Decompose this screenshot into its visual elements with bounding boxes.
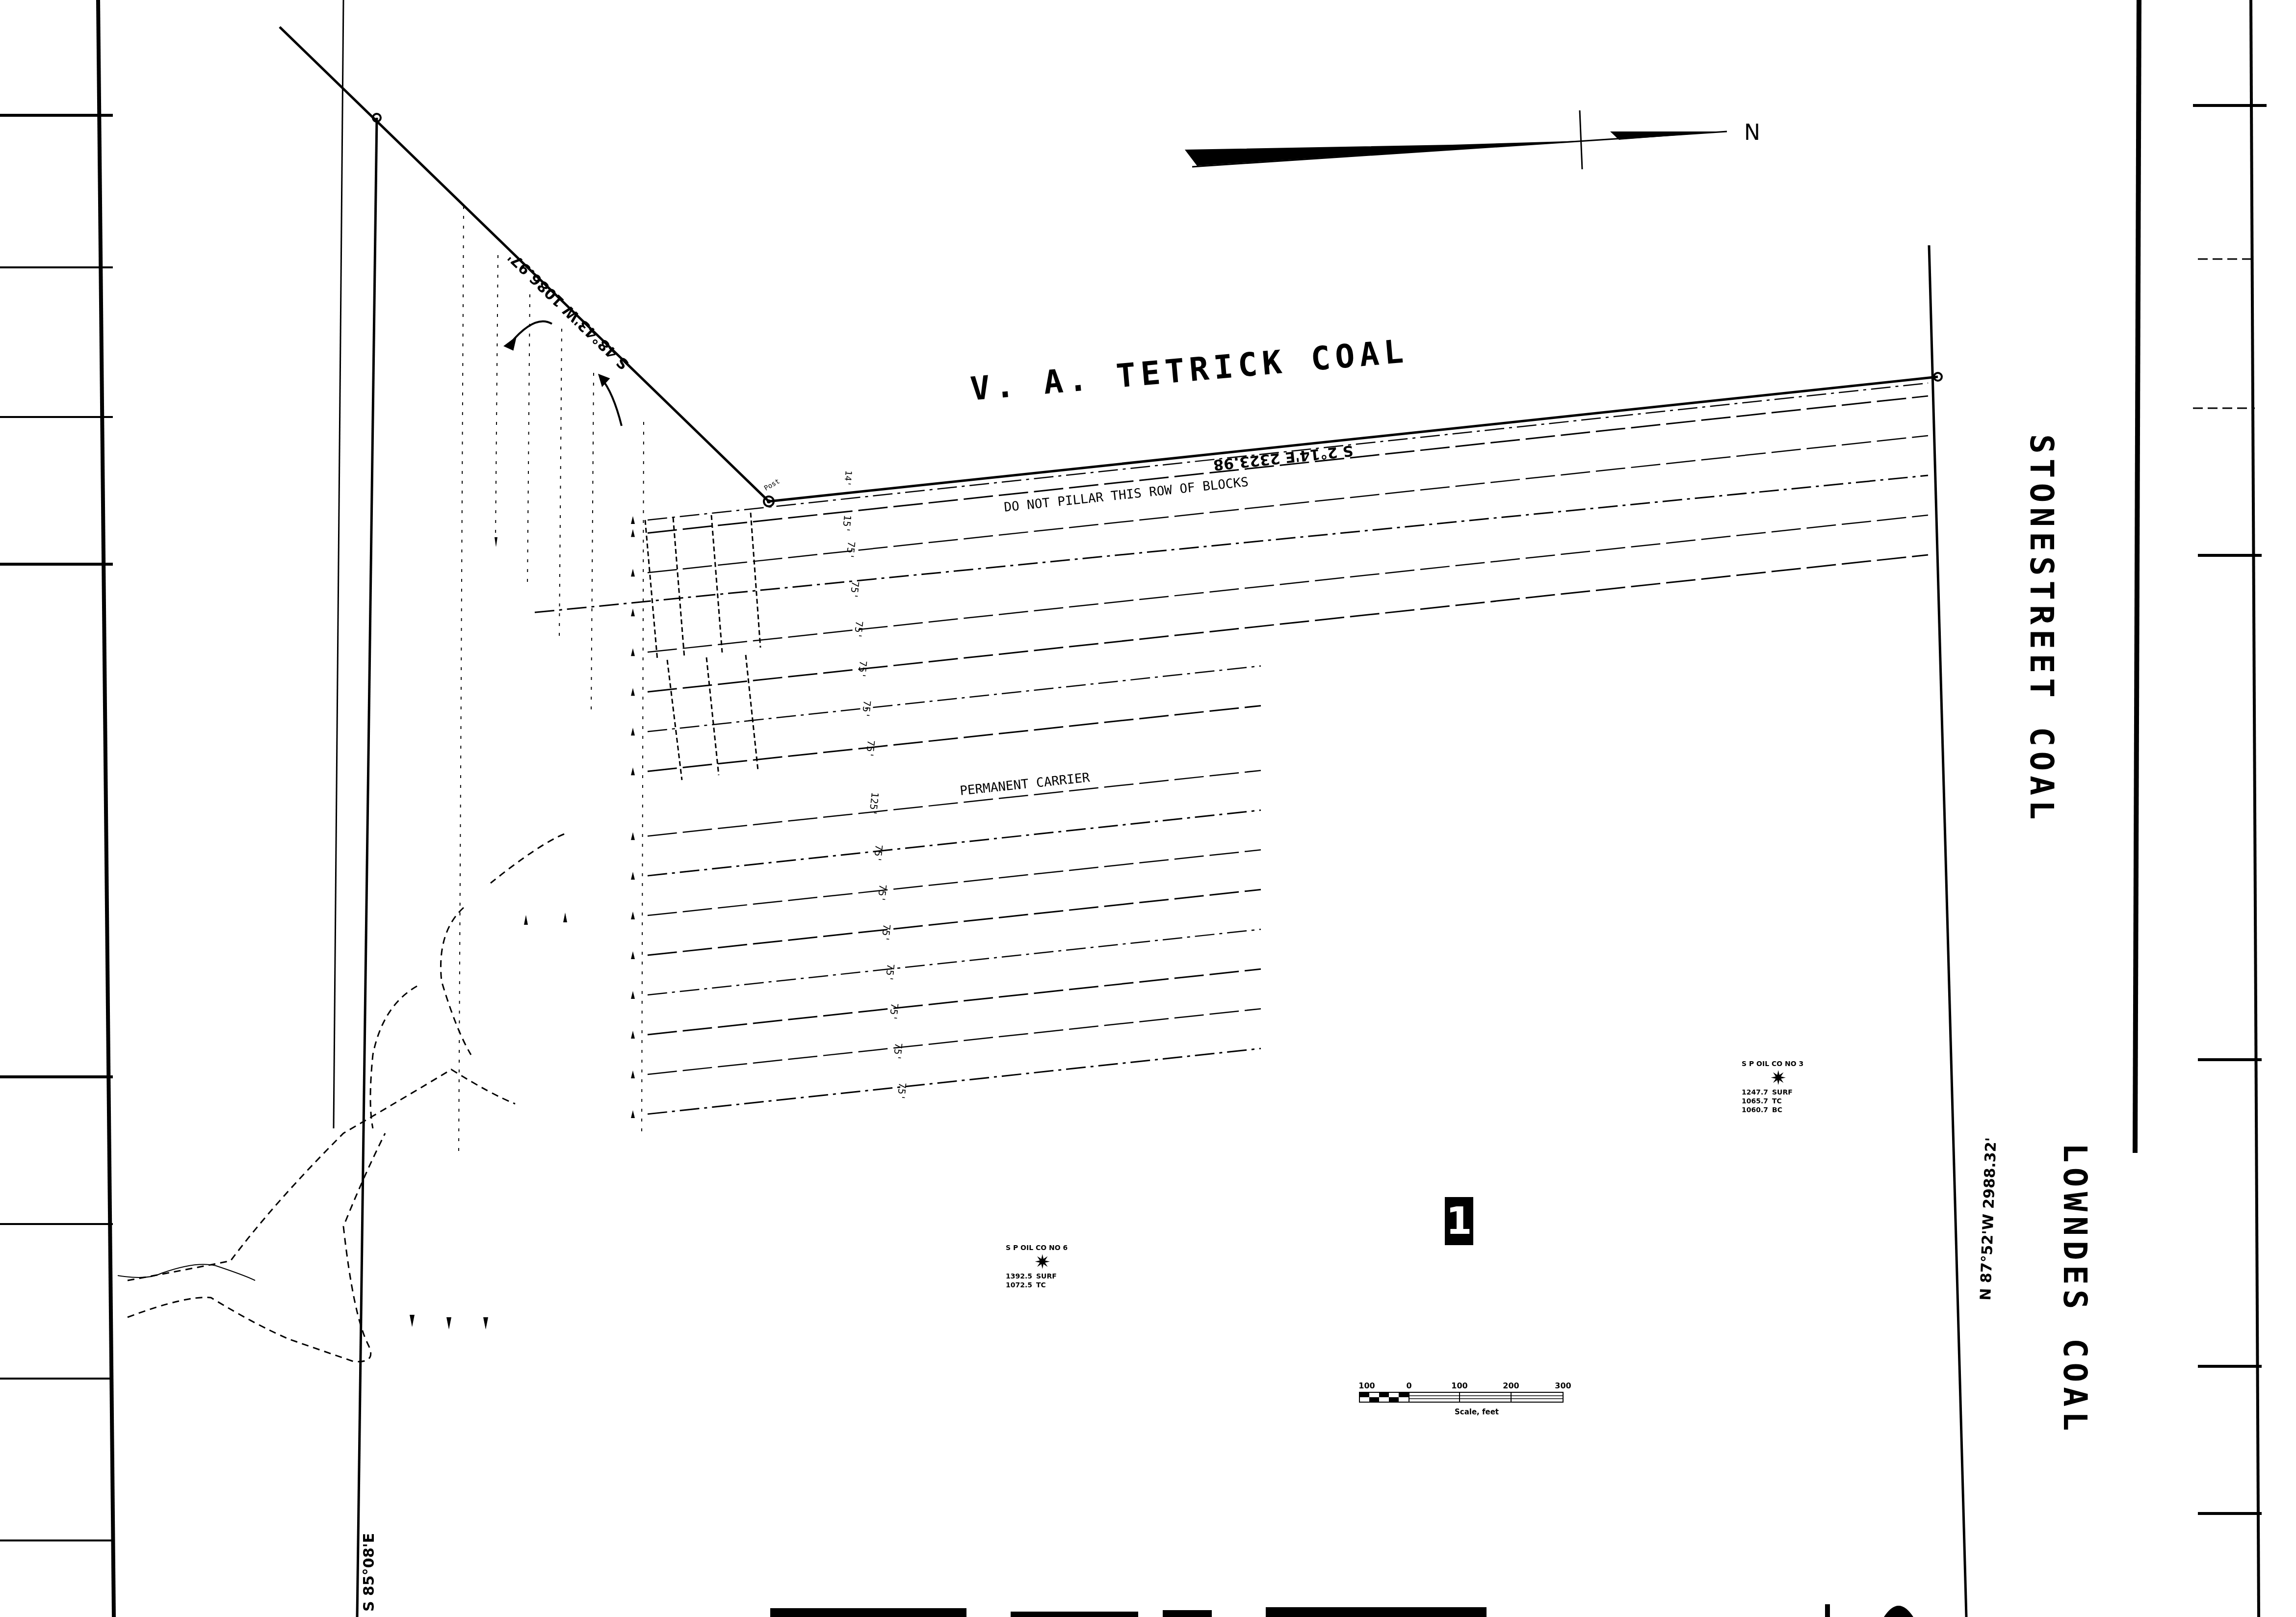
mine-entry-line — [648, 705, 1261, 771]
west-boundary-line — [357, 118, 377, 1617]
left-sheet-border — [0, 0, 114, 1617]
sheet-number-badge: 1 — [1445, 1197, 1473, 1245]
oil-well-icon: ✷ — [1770, 1069, 1803, 1088]
entry-spacing-label: 75' — [856, 660, 869, 678]
entry-arrow-icon — [631, 767, 635, 775]
entry-arrow-icon — [631, 516, 635, 524]
mine-entry-line — [648, 850, 1261, 915]
entry-arrow-icon — [631, 951, 635, 959]
elevation-code: BC — [1772, 1106, 1802, 1115]
entry-arrow-icon — [631, 872, 635, 880]
adjoining-property-stonestreet: STONESTREET COAL — [2023, 434, 2061, 825]
entry-spacing-label: 75' — [863, 739, 877, 758]
right-sheet-border — [2135, 0, 2267, 1617]
scale-tick-labels: 1000100200300 — [1359, 1381, 1575, 1392]
entry-arrow-icon — [631, 912, 635, 919]
entry-spacing-label: 75' — [895, 1082, 909, 1101]
elevation-value: 1060.7 — [1742, 1106, 1772, 1115]
mine-entry-line — [648, 1009, 1261, 1074]
elevation-code: SURF — [1772, 1088, 1802, 1097]
scale-tick-label: 200 — [1503, 1381, 1519, 1390]
north-arrow-icon — [1185, 110, 1727, 169]
oil-well-no6: S P OIL CO NO 6 ✷ 1392.5SURF 1072.5TC — [1006, 1244, 1068, 1290]
outcrop-lines — [128, 834, 564, 1362]
elevation-code: SURF — [1036, 1272, 1067, 1281]
entry-spacing-label: 75' — [860, 700, 873, 718]
north-label: N — [1744, 120, 1760, 145]
mine-entry-line — [648, 555, 1928, 692]
mine-entry-line — [648, 929, 1261, 995]
elevation-code: TC — [1772, 1097, 1802, 1106]
mine-entry-line — [648, 889, 1261, 955]
entry-spacing-label: 75' — [871, 844, 885, 862]
entry-spacing-label: 125' — [867, 792, 881, 816]
entry-arrow-icon — [631, 608, 635, 616]
scale-tick-label: 100 — [1358, 1381, 1375, 1390]
scale-bar-graphic — [1359, 1392, 1575, 1404]
mine-entry-line — [535, 475, 1928, 612]
entry-arrow-icon — [631, 1070, 635, 1078]
oil-well-icon: ✷ — [1034, 1252, 1068, 1272]
first-offset-label: 14' — [842, 470, 854, 487]
entry-arrow-icon — [631, 648, 635, 656]
adjoining-property-lowndes: LOWNDES COAL — [2056, 1143, 2094, 1436]
entry-arrow-icon — [631, 688, 635, 696]
elevation-value: 1392.5 — [1006, 1272, 1036, 1281]
mine-entry-line — [648, 770, 1261, 836]
elevation-code: TC — [1036, 1281, 1067, 1290]
scale-tick-label: 300 — [1555, 1381, 1571, 1390]
mine-entry-line — [648, 969, 1261, 1035]
scale-tick-label: 0 — [1406, 1381, 1411, 1390]
entry-arrow-icon — [631, 569, 635, 576]
entry-spacing-label: 75' — [852, 620, 865, 639]
mine-entry-line — [648, 810, 1261, 876]
oil-well-no3: S P OIL CO NO 3 ✷ 1247.7SURF 1065.7TC 10… — [1742, 1060, 1803, 1115]
entry-spacing-label: 75' — [883, 963, 897, 982]
elevation-value: 1072.5 — [1006, 1281, 1036, 1290]
entry-spacing-label: 75' — [848, 580, 861, 599]
entry-spacing-label: 75' — [844, 541, 858, 559]
entry-arrow-icon — [631, 728, 635, 735]
scale-tick-label: 100 — [1451, 1381, 1467, 1390]
entry-arrow-icon — [631, 1110, 635, 1118]
mine-entry-line — [648, 515, 1928, 652]
elevation-value: 1247.7 — [1742, 1088, 1772, 1097]
bearing-west-line: S 85°08'E — [361, 1533, 378, 1612]
bottom-edge-fragments — [770, 1604, 1913, 1617]
scale-title: Scale, feet — [1359, 1408, 1575, 1416]
entry-spacing-label: 75' — [875, 884, 889, 902]
mine-entry-line — [648, 1048, 1261, 1114]
down-arrows — [410, 537, 567, 1330]
entry-spacing-label: 75' — [879, 923, 893, 942]
scale-bar: 1000100200300 Scale, feet — [1359, 1381, 1575, 1416]
survey-map-canvas — [0, 0, 2296, 1617]
entry-arrows — [631, 516, 635, 1118]
entry-arrow-icon — [631, 832, 635, 840]
entry-arrow-icon — [631, 529, 635, 537]
entry-spacing-label: 15' — [840, 515, 854, 533]
elevation-value: 1065.7 — [1742, 1097, 1772, 1106]
entry-spacing-label: 75' — [891, 1043, 905, 1061]
entry-arrow-icon — [631, 991, 635, 999]
mine-entries — [535, 383, 1928, 1114]
entry-spacing-label: 75' — [887, 1003, 901, 1021]
entry-arrow-icon — [631, 1031, 635, 1039]
mine-entry-line — [648, 666, 1261, 731]
